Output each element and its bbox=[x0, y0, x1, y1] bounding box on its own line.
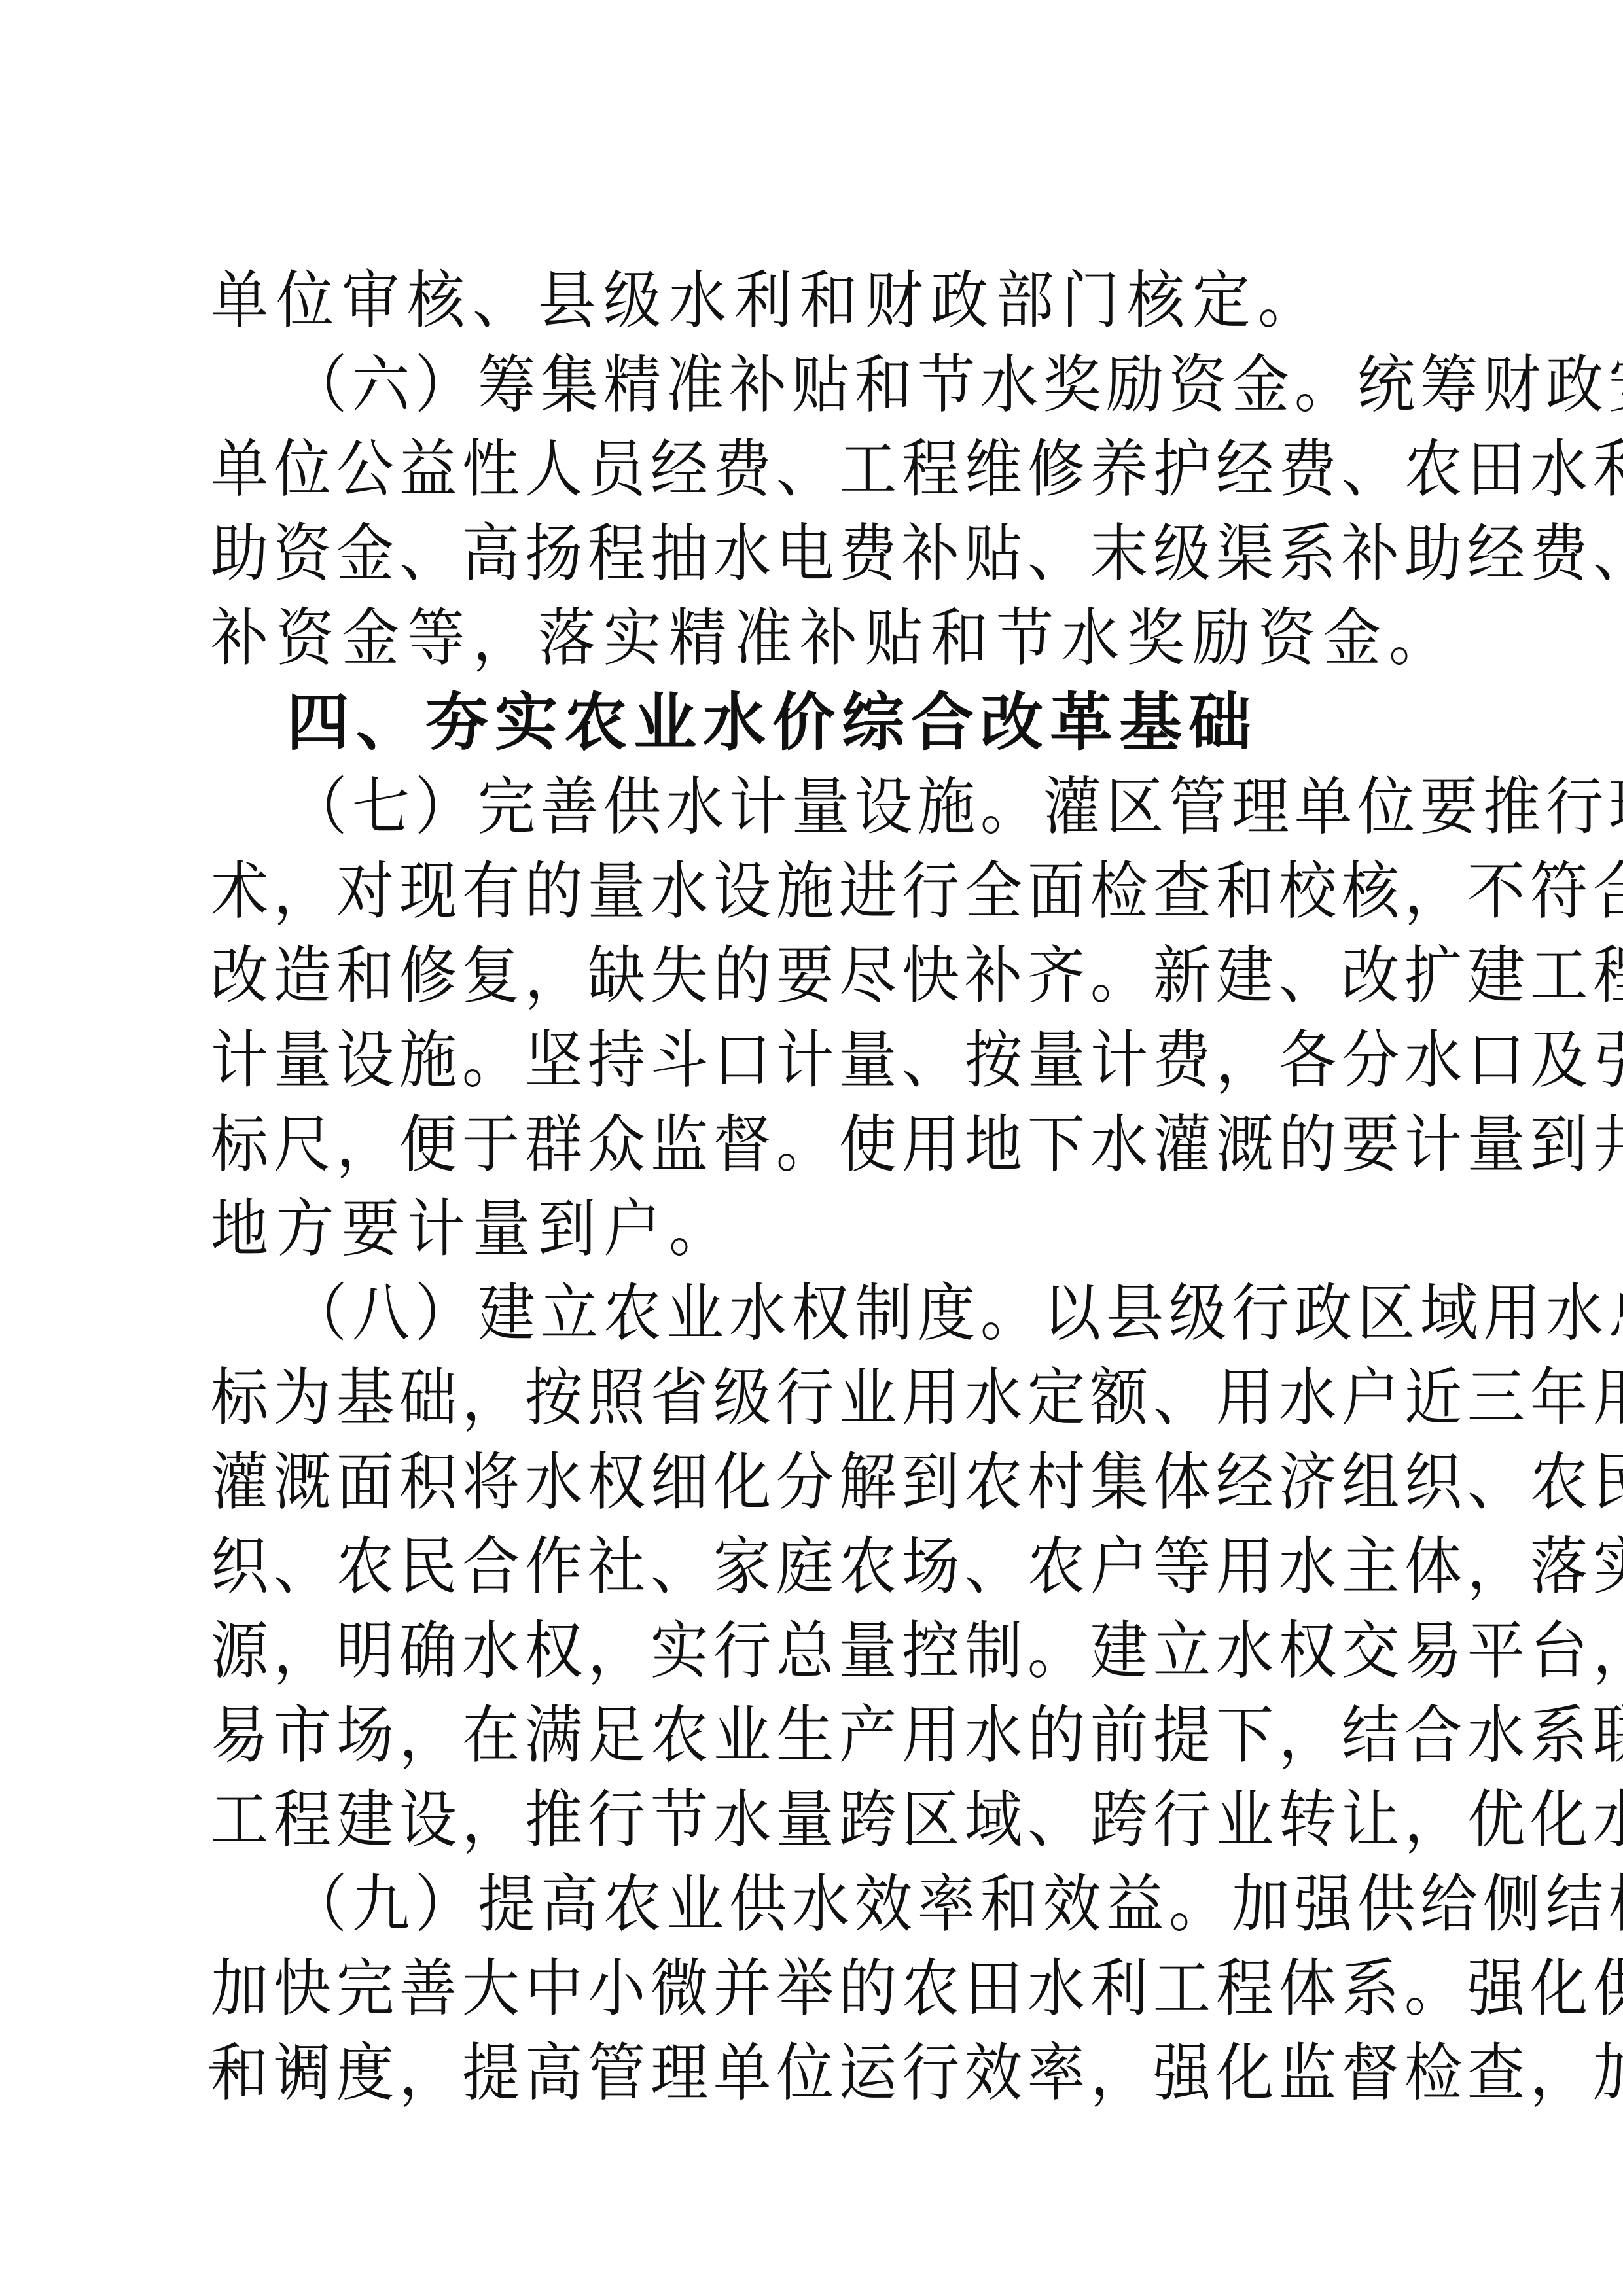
text-line: 计量设施。坚持斗口计量、按量计费，各分水口及引水终端设置 bbox=[208, 1018, 1416, 1103]
text-line: （六）筹集精准补贴和节水奖励资金。统筹财政安排的水管 bbox=[208, 343, 1416, 427]
text-line: 易市场，在满足农业生产用水的前提下，结合水系联通联控联调 bbox=[208, 1693, 1416, 1778]
text-line: 加快完善大中小微并举的农田水利工程体系。强化供水计划管理 bbox=[208, 1947, 1416, 2031]
document-body: 单位审核、县级水利和财政部门核定。 （六）筹集精准补贴和节水奖励资金。统筹财政安… bbox=[208, 258, 1416, 2115]
text-line: 单位公益性人员经费、工程维修养护经费、农田水利设施建设补 bbox=[208, 427, 1416, 512]
text-line: 源，明确水权，实行总量控制。建立水权交易平台，培育水权交 bbox=[208, 1609, 1416, 1693]
page-number: — 4 — bbox=[209, 2041, 393, 2087]
text-line: 补资金等，落实精准补贴和节水奖励资金。 bbox=[208, 596, 1416, 680]
text-line: （七）完善供水计量设施。灌区管理单位要推行现代测量技 bbox=[208, 765, 1416, 849]
section-heading: 四、夯实农业水价综合改革基础 bbox=[208, 680, 1416, 765]
text-line: 术，对现有的量水设施进行全面检查和校核，不符合标准的进行 bbox=[208, 849, 1416, 934]
text-line: 助资金、高扬程抽水电费补贴、末级渠系补助经费、有关农业奖 bbox=[208, 512, 1416, 596]
text-line: 工程建设，推行节水量跨区域、跨行业转让，优化水资源配置。 bbox=[208, 1778, 1416, 1862]
text-line: 改造和修复，缺失的要尽快补齐。新建、改扩建工程要同步建设 bbox=[208, 934, 1416, 1018]
text-line: （八）建立农业水权制度。以县级行政区域用水总量控制指 bbox=[208, 1271, 1416, 1356]
document-page: 单位审核、县级水利和财政部门核定。 （六）筹集精准补贴和节水奖励资金。统筹财政安… bbox=[0, 0, 1623, 2296]
text-line: 标尺，便于群众监督。使用地下水灌溉的要计量到井，有条件的 bbox=[208, 1103, 1416, 1187]
text-line: （九）提高农业供水效率和效益。加强供给侧结构性改革， bbox=[208, 1862, 1416, 1947]
text-line: 织、农民合作社、家庭农场、农户等用水主体，落实到具体水 bbox=[208, 1525, 1416, 1609]
text-line: 地方要计量到户。 bbox=[208, 1187, 1416, 1271]
text-line: 单位审核、县级水利和财政部门核定。 bbox=[208, 258, 1416, 343]
text-line: 灌溉面积将水权细化分解到农村集体经济组织、农民用水合作组 bbox=[208, 1440, 1416, 1525]
text-line: 标为基础，按照省级行业用水定额、用水户近三年用水量情况和 bbox=[208, 1356, 1416, 1440]
